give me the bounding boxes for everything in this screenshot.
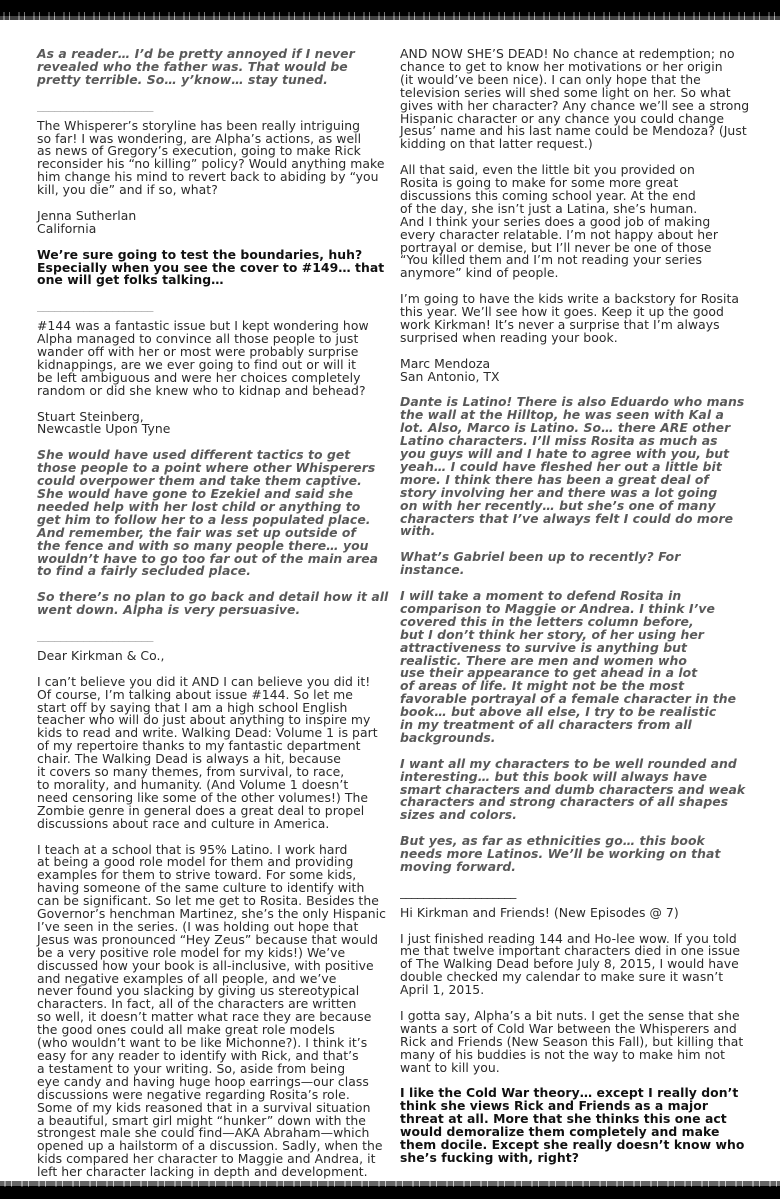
editor-reply-bold: We’re sure going to test the boundaries,… <box>37 249 389 288</box>
separator-line: ____________________ <box>400 887 752 899</box>
separator-line: ____________________ <box>37 100 389 112</box>
editor-reply-bold: I like the Cold War theory… except I rea… <box>400 1087 752 1164</box>
separator-line: ____________________ <box>37 630 389 642</box>
left-column: As a reader… I’d be pretty annoyed if I … <box>37 48 389 1192</box>
page-top-border <box>0 0 780 16</box>
editor-reply: I want all my characters to be well roun… <box>400 758 752 823</box>
separator-line: ____________________ <box>37 300 389 312</box>
editor-reply: As a reader… I’d be pretty annoyed if I … <box>37 48 389 87</box>
page-bottom-border <box>0 1186 780 1199</box>
editor-reply: She would have used different tactics to… <box>37 449 389 578</box>
editor-reply: Dante is Latino! There is also Eduardo w… <box>400 396 752 538</box>
right-column: AND NOW SHE’S DEAD! No chance at redempt… <box>400 48 752 1178</box>
letter-signature: Marc Mendoza San Antonio, TX <box>400 358 752 384</box>
reader-letter: I just finished reading 144 and Ho-lee w… <box>400 933 752 998</box>
letter-signature: Jenna Sutherlan California <box>37 210 389 236</box>
reader-letter: I gotta say, Alpha’s a bit nuts. I get t… <box>400 1010 752 1075</box>
letter-salutation: Dear Kirkman & Co., <box>37 650 389 663</box>
reader-letter: I teach at a school that is 95% Latino. … <box>37 844 389 1180</box>
letter-signature: Stuart Steinberg, Newcastle Upon Tyne <box>37 411 389 437</box>
reader-letter: #144 was a fantastic issue but I kept wo… <box>37 320 389 397</box>
editor-reply: I will take a moment to defend Rosita in… <box>400 590 752 745</box>
reader-letter: AND NOW SHE’S DEAD! No chance at redempt… <box>400 48 752 151</box>
reader-letter: I can’t believe you did it AND I can bel… <box>37 676 389 831</box>
editor-reply: So there’s no plan to go back and detail… <box>37 591 389 617</box>
editor-reply: What’s Gabriel been up to recently? For … <box>400 551 752 577</box>
reader-letter: I’m going to have the kids write a backs… <box>400 293 752 345</box>
editor-reply: But yes, as far as ethnicities go… this … <box>400 835 752 874</box>
reader-letter: The Whisperer’s storyline has been reall… <box>37 120 389 197</box>
reader-letter: All that said, even the little bit you p… <box>400 164 752 280</box>
letter-salutation: Hi Kirkman and Friends! (New Episodes @ … <box>400 907 752 920</box>
